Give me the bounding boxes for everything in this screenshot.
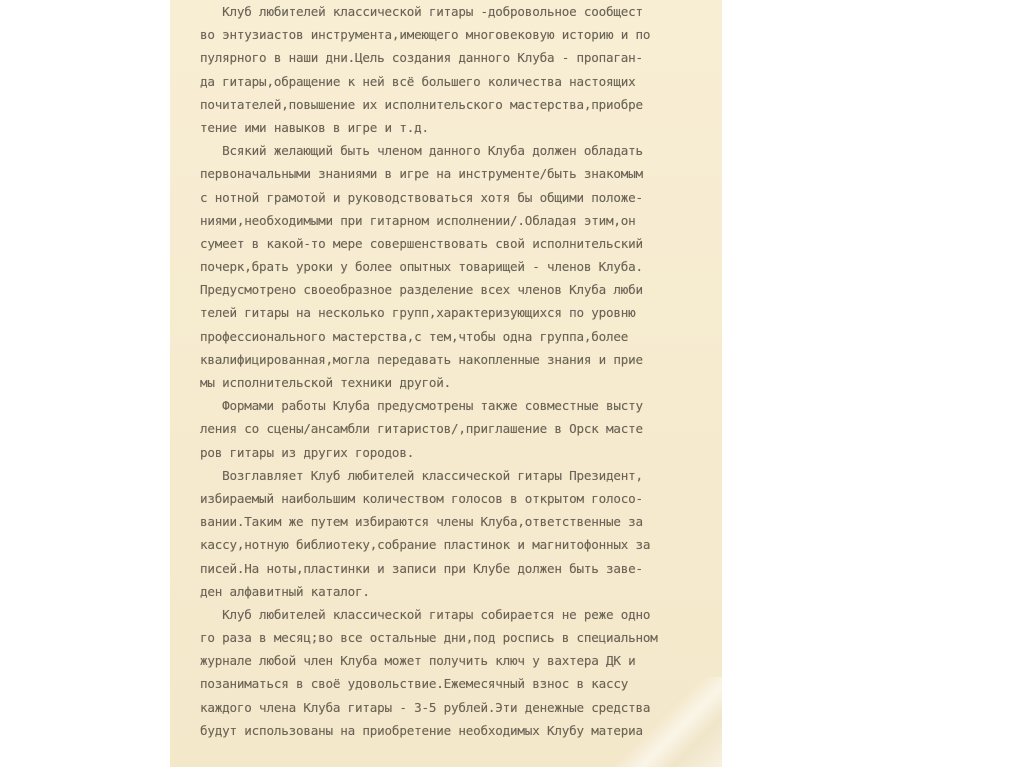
text-line: да гитары,обращение к ней всё большего к… [200, 70, 720, 93]
text-line: профессионального мастерства,с тем,чтобы… [200, 325, 720, 348]
text-line: ден алфавитный каталог. [200, 580, 720, 603]
text-line: писей.На ноты,пластинки и записи при Клу… [200, 557, 720, 580]
text-line: первоначальными знаниями в игре на инстр… [200, 162, 720, 185]
text-line: Возглавляет Клуб любителей классической … [200, 464, 720, 487]
text-line: ров гитары из других городов. [200, 441, 720, 464]
text-line: Клуб любителей классической гитары собир… [200, 603, 720, 626]
text-line: с нотной грамотой и руководствоваться хо… [200, 186, 720, 209]
text-line: телей гитары на несколько групп,характер… [200, 301, 720, 324]
text-line: тение ими навыков в игре и т.д. [200, 116, 720, 139]
text-line: каждого члена Клуба гитары - 3-5 рублей.… [200, 696, 720, 719]
text-line: Формами работы Клуба предусмотрены также… [200, 394, 720, 417]
text-line: ниями,необходимыми при гитарном исполнен… [200, 209, 720, 232]
text-line: вании.Таким же путем избираются члены Кл… [200, 510, 720, 533]
text-line: будут использованы на приобретение необх… [200, 719, 720, 742]
text-line: кассу,нотную библиотеку,собрание пластин… [200, 533, 720, 556]
text-line: позаниматься в своё удовольствие.Ежемеся… [200, 672, 720, 695]
text-line: почерк,брать уроки у более опытных товар… [200, 255, 720, 278]
text-line: пулярного в наши дни.Цель создания данно… [200, 46, 720, 69]
text-line: журнале любой член Клуба может получить … [200, 649, 720, 672]
text-line: ления со сцены/ансамбли гитаристов/,приг… [200, 417, 720, 440]
document-body: Клуб любителей классической гитары -добр… [200, 0, 720, 742]
text-line: избираемый наибольшим количеством голосо… [200, 487, 720, 510]
text-line: го раза в месяц;во все остальные дни,под… [200, 626, 720, 649]
typewritten-page: Клуб любителей классической гитары -добр… [170, 0, 722, 767]
text-line: сумеет в какой-то мере совершенствовать … [200, 232, 720, 255]
text-line: квалифицированная,могла передавать накоп… [200, 348, 720, 371]
text-line: Предусмотрено своеобразное разделение вс… [200, 278, 720, 301]
text-line: во энтузиастов инструмента,имеющего мног… [200, 23, 720, 46]
text-line: мы исполнительской техники другой. [200, 371, 720, 394]
text-line: почитателей,повышение их исполнительског… [200, 93, 720, 116]
text-line: Клуб любителей классической гитары -добр… [200, 0, 720, 23]
text-line: Всякий желающий быть членом данного Клуб… [200, 139, 720, 162]
